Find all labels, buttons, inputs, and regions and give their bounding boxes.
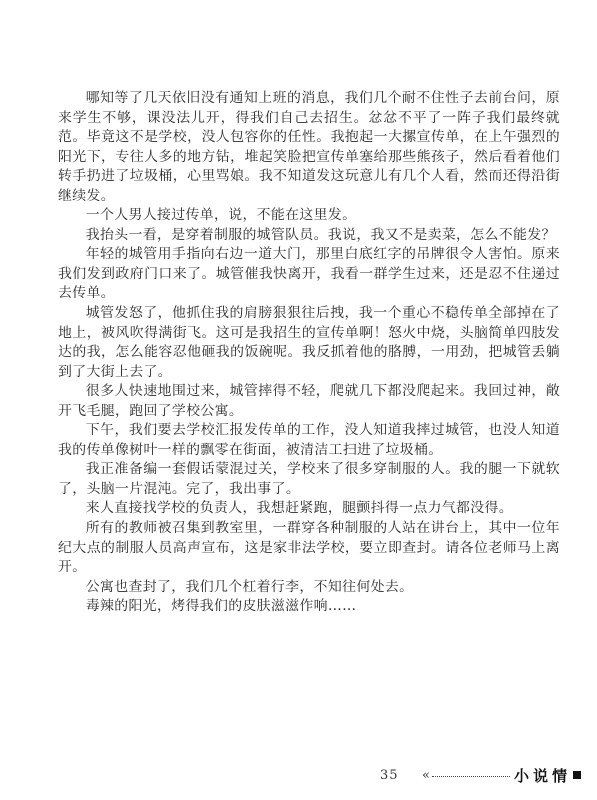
paragraph: 公寓也查封了，我们几个杠着行李，不知往何处去。 (58, 578, 560, 598)
page-number: 35 (380, 768, 422, 783)
paragraph: 很多人快速地围过来，城管摔得不轻，爬就几下都没爬起来。我回过神，敞开飞毛腿，跑回… (58, 382, 560, 421)
article-body: 哪知等了几天依旧没有通知上班的消息，我们几个耐不住性子去前台问，原来学生不够，课… (58, 89, 560, 617)
paragraph: 年轻的城管用手指向右边一道大门，那里白底红字的吊牌很令人害怕。原来我们发到政府门… (58, 245, 560, 304)
black-square-icon (573, 771, 581, 779)
double-chevron-left-icon: « (422, 768, 430, 783)
page-footer: 35 « 小说情 (380, 765, 597, 785)
paragraph: 我抬头一看，是穿着制服的城管队员。我说，我又不是卖菜，怎么不能发？ (58, 226, 560, 246)
paragraph: 一个人男人接过传单，说，不能在这里发。 (58, 206, 560, 226)
paragraph: 所有的教师被召集到教室里，一群穿各种制服的人站在讲台上，其中一位年纪大点的制服人… (58, 519, 560, 578)
paragraph: 城管发怒了，他抓住我的肩膀狠狠往后拽，我一个重心不稳传单全部掉在了地上，被风吹得… (58, 304, 560, 382)
dotted-leader (432, 776, 510, 777)
paragraph: 毒辣的阳光，烤得我们的皮肤滋滋作响…… (58, 597, 560, 617)
paragraph: 哪知等了几天依旧没有通知上班的消息，我们几个耐不住性子去前台问，原来学生不够，课… (58, 89, 560, 206)
column-title: 小说情 (514, 765, 571, 786)
paragraph: 来人直接找学校的负责人，我想赶紧跑，腿颤抖得一点力气都没得。 (58, 499, 560, 519)
paragraph: 下午，我们要去学校汇报发传单的工作，没人知道我摔过城管，也没人知道我的传单像树叶… (58, 421, 560, 460)
paragraph: 我正准备编一套假话蒙混过关，学校来了很多穿制服的人。我的腿一下就软了，头脑一片混… (58, 460, 560, 499)
